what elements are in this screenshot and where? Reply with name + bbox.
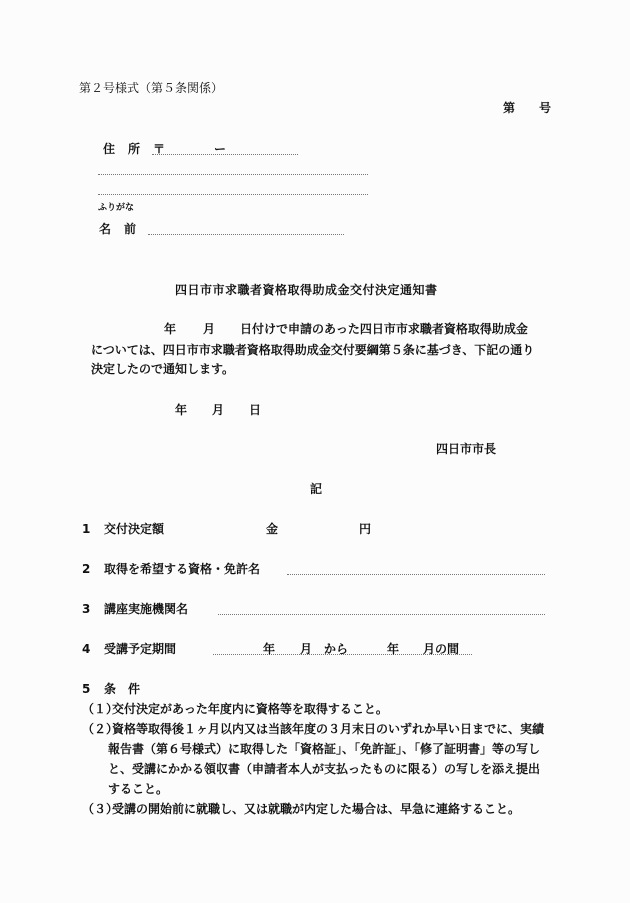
item-1-yen: 円 (359, 522, 371, 536)
postal-code-field[interactable] (152, 154, 298, 155)
condition-1-text: 交付決定があった年度内に資格等を取得すること。 (112, 702, 388, 716)
name-field[interactable] (148, 234, 344, 235)
item-2-number: 2 (82, 562, 90, 576)
item-1-number: 1 (82, 522, 90, 536)
address-label-2: 所 (128, 142, 140, 156)
address-line-2-field[interactable] (98, 194, 368, 195)
item-5-label-2: 件 (128, 682, 140, 696)
period-month-2: 月の間 (423, 642, 459, 656)
condition-3-text: 受講の開始前に就職し、又は就職が内定した場合は、早急に連絡すること。 (112, 802, 520, 816)
institution-name-field[interactable] (218, 614, 545, 615)
address-line-1-field[interactable] (98, 174, 368, 175)
item-4-number: 4 (82, 642, 90, 656)
furigana-label: ふりがな (98, 203, 134, 213)
number-prefix: 第 (503, 101, 515, 115)
item-3-label: 講座実施機関名 (104, 602, 188, 616)
item-3-number: 3 (82, 602, 90, 616)
body-line-1: 日付けで申請のあった四日市市求職者資格取得助成金 (240, 322, 528, 336)
condition-2-line-2: 報告書（第６号様式）に取得した「資格証」、「免許証」、「修了証明書」等の写し (108, 742, 540, 756)
item-5-number: 5 (82, 682, 90, 696)
issuer: 四日市市長 (436, 442, 496, 456)
condition-2-line-4: すること。 (108, 782, 168, 796)
date-month: 月 (212, 403, 224, 417)
item-1-label: 交付決定額 (104, 522, 164, 536)
period-year-1: 年 (263, 642, 275, 656)
date-day: 日 (249, 403, 261, 417)
item-4-label: 受講予定期間 (104, 642, 176, 656)
name-label-2: 前 (124, 222, 136, 236)
condition-2-line-3: と、受講にかかる領収書（申請者本人が支払ったものに限る）の写しを添え提出 (108, 762, 540, 776)
body-line-3: 決定したので通知します。 (91, 362, 234, 376)
date-year: 年 (175, 403, 187, 417)
document-title: 四日市市求職者資格取得助成金交付決定通知書 (175, 283, 438, 297)
license-name-field[interactable] (287, 574, 545, 575)
body-year: 年 (164, 322, 176, 336)
name-label-1: 名 (99, 222, 111, 236)
item-5-label-1: 条 (104, 682, 116, 696)
body-month: 月 (203, 322, 215, 336)
item-1-kin: 金 (266, 522, 278, 536)
period-from: から (324, 642, 348, 656)
number-suffix: 号 (539, 101, 551, 115)
ki-heading: 記 (310, 482, 322, 496)
form-id: 第２号様式（第５条関係） (79, 81, 223, 95)
period-year-2: 年 (387, 642, 399, 656)
period-month-1: 月 (300, 642, 312, 656)
address-label-1: 住 (103, 142, 115, 156)
body-line-2: については、四日市市求職者資格取得助成金交付要綱第５条に基づき、下記の通り (91, 343, 534, 357)
item-2-label: 取得を希望する資格・免許名 (104, 562, 260, 576)
condition-2-line-1: 資格等取得後１ヶ月以内又は当該年度の３月末日のいずれか早い日までに、実績 (112, 722, 544, 736)
